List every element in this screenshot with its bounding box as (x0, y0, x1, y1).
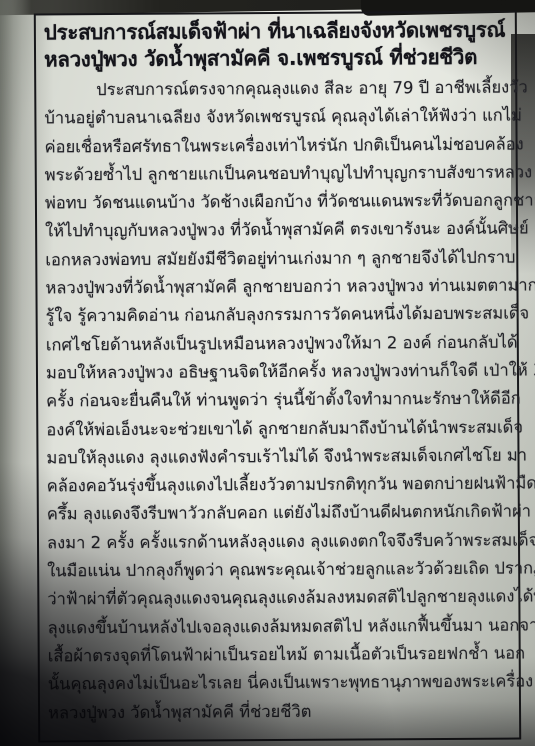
body-text-line: หลวงปู่พวงที่วัดน้ำพุสามัคคี ลูกชายบอกว่… (45, 272, 506, 303)
body-text-line: ให้ไปทำบุญกับหลวงปู่พวง ที่วัดน้ำพุสามัค… (45, 215, 506, 246)
body-text-line: บ้านอยู่ตำบลนาเฉลียง จังหวัดเพชรบูรณ์ คุ… (44, 102, 505, 133)
body-text-line: ลงมา 2 ครั้ง ครั้งแรกด้านหลังลุงแดง ลุงแ… (47, 526, 508, 557)
headline-line-2: หลวงปู่พวง วัดน้ำพุสามัคคี จ.เพชรบูรณ์ ท… (44, 45, 505, 73)
body-text-line: รู้ใจ รู้ความคิดอ่าน ก่อนกลับลุงกรรมการว… (46, 300, 507, 331)
page-left-edge-shading (0, 0, 22, 746)
article-frame: ประสบการณ์สมเด็จฟ้าผ่า ที่นาเฉลียงจังหวั… (34, 11, 521, 743)
body-text-line: ครั้ง ก่อนจะยื่นคืนให้ ท่านพูดว่า รุ่นนี… (46, 385, 507, 416)
body-text-line: เกศไชโยด้านหลังเป็นรูปเหมือนหลวงปู่พวงให… (46, 328, 507, 359)
body-text-line: พ่อทบ วัดชนแดนบ้าง วัดช้างเผือกบ้าง ที่ว… (45, 187, 506, 218)
body-text-line: ในมือแน่น ปากลุงก็พูดว่า คุณพระคุณเจ้าช่… (47, 555, 508, 586)
body-text-line: เอกหลวงพ่อทบ สมัยยังมีชีวิตอยู่ท่านเก่งม… (45, 243, 506, 274)
body-text-line: ประสบการณ์ตรงจากคุณลุงแดง สีละ อายุ 79 ป… (44, 74, 505, 105)
article-body: ประสบการณ์ตรงจากคุณลุงแดง สีละ อายุ 79 ป… (44, 74, 509, 728)
body-text-line: มอบให้ลุงแดง ลุงแดงฟังคำรบเร้าไม่ได้ จึง… (46, 441, 507, 472)
body-text-line: ค่อยเชื่อหรือศรัทธาในพระเครื่องเท่าไหร่น… (45, 130, 506, 161)
body-text-line: พระด้วยซ้ำไป ลูกชายแกเป็นคนชอบทำบุญไปทำบ… (45, 158, 506, 189)
body-text-line: ลุงแดงขึ้นบ้านหลังไปเจอลุงแดงล้มหมดสติไป… (47, 611, 508, 642)
body-text-line: คล้องคอวันรุ่งขึ้นลุงแดงไปเลี้ยงวัวตามปร… (47, 470, 508, 501)
body-text-line: ว่าฟ้าผ่าที่ตัวคุณลุงแดงจนคุณลุงแดงล้มลง… (47, 583, 508, 614)
body-text-line: นั้นคุณลุงคงไม่เป็นอะไรเลย นี่คงเป็นเพรา… (48, 668, 509, 699)
body-text-line: ครึ้ม ลุงแดงจึงรีบพาวัวกลับคอก แต่ยังไม่… (47, 498, 508, 529)
headline-line-1: ประสบการณ์สมเด็จฟ้าผ่า ที่นาเฉลียงจังหวั… (44, 18, 505, 46)
body-text-line: มอบให้หลวงปู่พวง อธิษฐานจิตให้อีกครั้ง ห… (46, 357, 507, 388)
body-text-line: เสื้อผ้าตรงจุดที่โดนฟ้าผ่าเป็นรอยไหม้ ตา… (48, 640, 509, 671)
newspaper-photo: ประสบการณ์สมเด็จฟ้าผ่า ที่นาเฉลียงจังหวั… (0, 0, 535, 746)
body-text-line: องค์ให้พ่อเอ็งนะจะช่วยเขาได้ ลูกชายกลับม… (46, 413, 507, 444)
body-text-line: หลวงปู่พวง วัดน้ำพุสามัคคี ที่ช่วยชีวิต (48, 696, 509, 727)
